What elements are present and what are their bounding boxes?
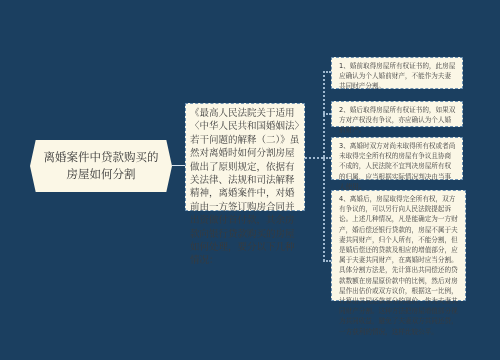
leaf-node-text: 3、离婚时双方对尚未取得所有权或者尚未取得完全所有权的房屋有争议且协商不成的，人… [339, 142, 455, 191]
root-node-label: 离婚案件中贷款购买的房屋如何分割 [40, 149, 162, 183]
leaf-node-text: 4、离婚后，房屋取得完全所有权，双方有争议的，可以另行向人民法院提起诉讼。上述几… [339, 195, 458, 336]
connector-branch-to-leaves [305, 157, 323, 159]
branch-node[interactable]: 《最高人民法院关于适用〈中华人民共和国婚姻法〉若干问题的解释（二）》虽然对离婚时… [185, 103, 305, 211]
connector-root-to-branch [172, 165, 185, 166]
connector-leaf-2 [323, 113, 331, 115]
root-node[interactable]: 离婚案件中贷款购买的房屋如何分割 [30, 140, 172, 192]
leaf-node-text: 1、婚前取得房屋所有权证书的，此房屋应确认为个人婚前财产，不能作为夫妻共同财产分… [339, 62, 455, 90]
leaf-node-2[interactable]: 2、婚后取得房屋所有权证书的，如果双方对产权没有争议，亦应确认为个人婚前财产。 [331, 101, 463, 127]
connector-leaf-4 [323, 260, 331, 262]
leaf-node-4[interactable]: 4、离婚后，房屋取得完全所有权，双方有争议的，可以另行向人民法院提起诉讼。上述几… [331, 190, 466, 301]
leaf-node-1[interactable]: 1、婚前取得房屋所有权证书的，此房屋应确认为个人婚前财产，不能作为夫妻共同财产分… [331, 57, 463, 89]
connector-leaf-3 [323, 157, 331, 159]
connector-leaf-1 [323, 71, 331, 73]
connector-leaves-trunk [323, 71, 325, 261]
leaf-node-text: 2、婚后取得房屋所有权证书的，如果双方对产权没有争议，亦应确认为个人婚前财产。 [339, 106, 455, 134]
branch-node-text: 《最高人民法院关于适用〈中华人民共和国婚姻法〉若干问题的解释（二）》虽然对离婚时… [190, 108, 299, 266]
leaf-node-3[interactable]: 3、离婚时双方对尚未取得所有权或者尚未取得完全所有权的房屋有争议且协商不成的，人… [331, 137, 463, 180]
